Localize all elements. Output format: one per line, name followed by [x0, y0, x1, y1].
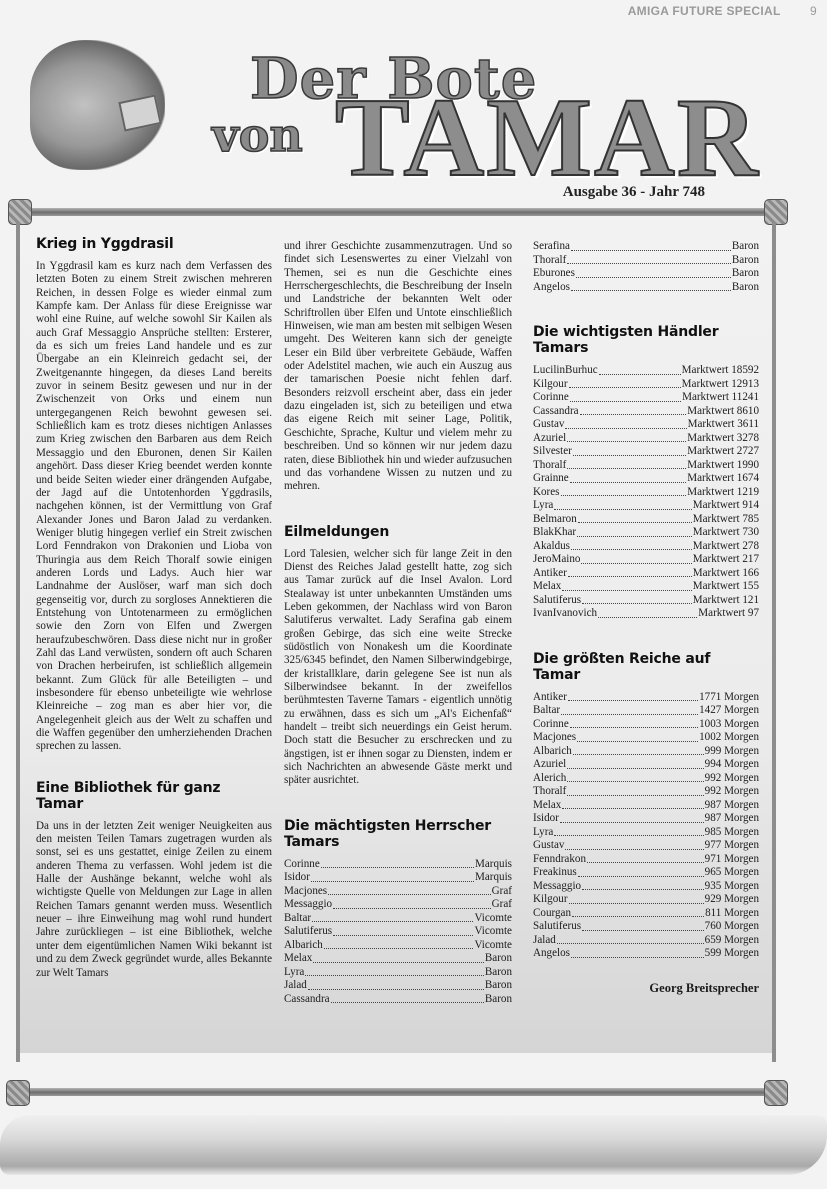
row-name: Kores [533, 486, 560, 500]
dot-leader [573, 455, 686, 456]
row-value: 965 Morgen [705, 866, 759, 880]
row-name: Melax [284, 952, 312, 966]
article-bibliothek-continued: und ihrer Geschichte zusammenzutragen. U… [284, 240, 512, 494]
row-value: 977 Morgen [705, 839, 759, 853]
list-row: IvanIvanovichMarktwert 97 [533, 607, 759, 621]
row-name: Kilgour [533, 893, 568, 907]
row-name: Alerich [533, 772, 566, 786]
dot-leader [324, 948, 474, 949]
list-herrscher: Die mächtigsten Herrscher Tamars Corinne… [284, 818, 512, 1007]
list-row: Gustav977 Morgen [533, 839, 759, 853]
row-name: Albarich [284, 939, 323, 953]
row-value: Marktwert 3278 [687, 432, 759, 446]
list-row: SalutiferusVicomte [284, 925, 512, 939]
row-name: Antiker [533, 691, 567, 705]
row-value: Vicomte [474, 939, 512, 953]
top-left-knob-icon [8, 199, 32, 225]
left-frame-post [16, 222, 20, 1062]
row-name: Azuriel [533, 432, 566, 446]
row-name: LucilinBurhuc [533, 364, 598, 378]
row-value: 992 Morgen [705, 772, 759, 786]
dot-leader [321, 867, 474, 868]
row-value: Marktwert 1990 [687, 459, 759, 473]
column-3: SerafinaBaronThoralfBaronEburonesBaronAn… [533, 240, 759, 996]
row-name: Gustav [533, 418, 564, 432]
row-value: Marktwert 217 [693, 553, 759, 567]
list-heading: Die mächtigsten Herrscher Tamars [284, 818, 512, 850]
row-value: Marktwert 278 [693, 540, 759, 554]
dot-leader [599, 374, 681, 375]
row-value: Marktwert 121 [693, 594, 759, 608]
row-name: Messaggio [533, 880, 581, 894]
row-name: Isidor [284, 871, 310, 885]
list-row: AkaldusMarktwert 278 [533, 540, 759, 554]
list-row: Fenndrakon971 Morgen [533, 853, 759, 867]
list-row: ThoralfMarktwert 1990 [533, 459, 759, 473]
row-value: 1003 Morgen [699, 718, 759, 732]
row-name: BlakKhar [533, 526, 576, 540]
list-row: CassandraMarktwert 8610 [533, 405, 759, 419]
dot-leader [554, 509, 691, 510]
ranking-list: CorinneMarquisIsidorMarquisMacjonesGrafM… [284, 858, 512, 1007]
row-name: JeroMaino [533, 553, 580, 567]
list-row: MelaxBaron [284, 952, 512, 966]
list-row: Salutiferus760 Morgen [533, 920, 759, 934]
row-value: Marktwert 166 [693, 567, 759, 581]
row-value: Marktwert 785 [693, 513, 759, 527]
column-1: Krieg in Yggdrasil In Yggdrasil kam es k… [36, 232, 272, 1000]
dot-leader [561, 495, 687, 496]
row-name: Corinne [533, 391, 569, 405]
list-heading: Die wichtigsten Händler Tamars [533, 324, 759, 356]
list-row: Thoralf992 Morgen [533, 785, 759, 799]
row-name: Thoralf [533, 785, 566, 799]
row-name: Grainne [533, 472, 569, 486]
dot-leader [557, 943, 704, 944]
list-row: Azuriel994 Morgen [533, 758, 759, 772]
row-name: Belmaron [533, 513, 577, 527]
row-value: 599 Morgen [705, 947, 759, 961]
bottom-left-knob-icon [6, 1080, 30, 1106]
row-value: Marktwert 11241 [682, 391, 759, 405]
row-value: Baron [485, 979, 512, 993]
article-body: Da uns in der letzten Zeit weniger Neuig… [36, 820, 272, 980]
row-name: Freakinus [533, 866, 577, 880]
list-row: Melax987 Morgen [533, 799, 759, 813]
dot-leader [308, 989, 484, 990]
dot-leader [569, 903, 704, 904]
row-value: Marktwert 97 [698, 607, 759, 621]
kings-illustration-icon [30, 40, 165, 170]
row-name: Salutiferus [533, 594, 581, 608]
dot-leader [567, 441, 686, 442]
list-herrscher-continued: SerafinaBaronThoralfBaronEburonesBaronAn… [533, 240, 759, 294]
row-value: Marktwert 18592 [682, 364, 759, 378]
row-name: Angelos [533, 281, 570, 295]
row-name: Macjones [284, 885, 327, 899]
row-value: 1427 Morgen [699, 704, 759, 718]
top-right-knob-icon [764, 199, 788, 225]
list-row: GrainneMarktwert 1674 [533, 472, 759, 486]
row-value: Marktwert 1219 [687, 486, 759, 500]
list-row: AzurielMarktwert 3278 [533, 432, 759, 446]
list-row: SerafinaBaron [533, 240, 759, 254]
dot-leader [568, 576, 692, 577]
dot-leader [565, 428, 686, 429]
row-name: Serafina [533, 240, 570, 254]
row-value: Marktwert 2727 [687, 445, 759, 459]
list-row: Kilgour929 Morgen [533, 893, 759, 907]
list-row: MessaggioGraf [284, 898, 512, 912]
row-name: Cassandra [284, 993, 330, 1007]
dot-leader [568, 700, 698, 701]
ranking-list: Antiker1771 MorgenBaltar1427 MorgenCorin… [533, 691, 759, 961]
dot-leader [571, 549, 692, 550]
list-row: SilvesterMarktwert 2727 [533, 445, 759, 459]
ranking-list: LucilinBurhucMarktwert 18592KilgourMarkt… [533, 364, 759, 621]
row-name: Isidor [533, 812, 559, 826]
row-value: Baron [485, 966, 512, 980]
dot-leader [562, 590, 691, 591]
dot-leader [554, 835, 703, 836]
list-row: JeroMainoMarktwert 217 [533, 553, 759, 567]
ranking-list: SerafinaBaronThoralfBaronEburonesBaronAn… [533, 240, 759, 294]
row-name: Jalad [533, 934, 556, 948]
row-name: Macjones [533, 731, 576, 745]
list-row: LyraBaron [284, 966, 512, 980]
dot-leader [578, 522, 692, 523]
row-name: IvanIvanovich [533, 607, 597, 621]
row-name: Melax [533, 799, 561, 813]
list-row: MelaxMarktwert 155 [533, 580, 759, 594]
list-row: KilgourMarktwert 12913 [533, 378, 759, 392]
row-name: Baltar [533, 704, 560, 718]
row-name: Corinne [533, 718, 569, 732]
dot-leader [576, 277, 731, 278]
dot-leader [567, 781, 703, 782]
dot-leader [567, 263, 731, 264]
row-value: 935 Morgen [705, 880, 759, 894]
list-row: Corinne1003 Morgen [533, 718, 759, 732]
list-row: Messaggio935 Morgen [533, 880, 759, 894]
list-row: JaladBaron [284, 979, 512, 993]
list-row: AntikerMarktwert 166 [533, 567, 759, 581]
bottom-right-knob-icon [764, 1080, 788, 1106]
right-frame-post [772, 222, 776, 1062]
dot-leader [333, 935, 473, 936]
article-krieg: Krieg in Yggdrasil In Yggdrasil kam es k… [36, 236, 272, 754]
list-row: KoresMarktwert 1219 [533, 486, 759, 500]
row-name: Messaggio [284, 898, 332, 912]
list-row: Alerich992 Morgen [533, 772, 759, 786]
row-value: Baron [732, 267, 759, 281]
book-icon [118, 94, 161, 131]
row-value: 811 Morgen [705, 907, 759, 921]
row-value: Marktwert 12913 [682, 378, 759, 392]
list-row: Isidor987 Morgen [533, 812, 759, 826]
dot-leader [582, 930, 704, 931]
row-name: Fenndrakon [533, 853, 586, 867]
row-value: Marktwert 155 [693, 580, 759, 594]
list-row: Courgan811 Morgen [533, 907, 759, 921]
row-name: Salutiferus [533, 920, 581, 934]
list-row: GustavMarktwert 3611 [533, 418, 759, 432]
masthead: Der Bote von TAMAR [0, 20, 827, 200]
row-value: 987 Morgen [705, 812, 759, 826]
row-value: Marktwert 730 [693, 526, 759, 540]
row-value: Marktwert 3611 [688, 418, 759, 432]
dot-leader [569, 387, 681, 388]
list-row: Angelos599 Morgen [533, 947, 759, 961]
row-name: Melax [533, 580, 561, 594]
dot-leader [560, 822, 704, 823]
dot-leader [311, 881, 474, 882]
dot-leader [570, 482, 686, 483]
dot-leader [573, 754, 704, 755]
list-row: LyraMarktwert 914 [533, 499, 759, 513]
dot-leader [587, 862, 704, 863]
page-header: AMIGA FUTURE SPECIAL 9 [628, 4, 817, 18]
row-value: Marktwert 1674 [687, 472, 759, 486]
row-name: Kilgour [533, 378, 568, 392]
article-heading: Krieg in Yggdrasil [36, 236, 272, 252]
row-value: 987 Morgen [705, 799, 759, 813]
dot-leader [581, 563, 691, 564]
list-reiche: Die größten Reiche auf Tamar Antiker1771… [533, 651, 759, 961]
row-value: 971 Morgen [705, 853, 759, 867]
list-row: CorinneMarktwert 11241 [533, 391, 759, 405]
article-body: und ihrer Geschichte zusammenzutragen. U… [284, 240, 512, 494]
list-row: CassandraBaron [284, 993, 512, 1007]
list-row: Freakinus965 Morgen [533, 866, 759, 880]
list-row: CorinneMarquis [284, 858, 512, 872]
dot-leader [567, 768, 703, 769]
row-value: Vicomte [474, 912, 512, 926]
list-haendler: Die wichtigsten Händler Tamars LucilinBu… [533, 324, 759, 621]
dot-leader [313, 962, 484, 963]
row-value: Graf [492, 898, 512, 912]
row-value: Marquis [475, 871, 512, 885]
list-row: LucilinBurhucMarktwert 18592 [533, 364, 759, 378]
row-value: 929 Morgen [705, 893, 759, 907]
list-row: SalutiferusMarktwert 121 [533, 594, 759, 608]
dot-leader [582, 889, 704, 890]
list-row: Antiker1771 Morgen [533, 691, 759, 705]
row-value: Baron [485, 952, 512, 966]
row-value: Baron [732, 254, 759, 268]
dot-leader [305, 975, 484, 976]
dot-leader [598, 617, 697, 618]
list-row: BlakKharMarktwert 730 [533, 526, 759, 540]
row-value: Baron [485, 993, 512, 1007]
top-scroll-rod [16, 208, 776, 216]
dot-leader [312, 921, 473, 922]
row-value: 659 Morgen [705, 934, 759, 948]
list-row: ThoralfBaron [533, 254, 759, 268]
row-name: Lyra [533, 826, 553, 840]
dot-leader [571, 250, 731, 251]
list-row: BelmaronMarktwert 785 [533, 513, 759, 527]
bottom-scroll-rod [16, 1088, 776, 1096]
scroll-roll [0, 1115, 827, 1175]
row-name: Angelos [533, 947, 570, 961]
magazine-name: AMIGA FUTURE SPECIAL [628, 4, 781, 18]
row-name: Antiker [533, 567, 567, 581]
dot-leader [331, 1002, 484, 1003]
dot-leader [571, 957, 704, 958]
article-body: In Yggdrasil kam es kurz nach dem Verfas… [36, 260, 272, 754]
row-value: Vicomte [474, 925, 512, 939]
row-name: Albarich [533, 745, 572, 759]
list-row: IsidorMarquis [284, 871, 512, 885]
article-heading: Eine Bibliothek für ganz Tamar [36, 780, 272, 812]
row-value: Graf [492, 885, 512, 899]
row-name: Eburones [533, 267, 575, 281]
dot-leader [328, 894, 491, 895]
dot-leader [562, 808, 703, 809]
article-eilmeldungen: Eilmeldungen Lord Talesien, welcher sich… [284, 524, 512, 788]
list-row: AlbarichVicomte [284, 939, 512, 953]
dot-leader [333, 908, 491, 909]
row-name: Cassandra [533, 405, 579, 419]
row-value: 760 Morgen [705, 920, 759, 934]
row-name: Salutiferus [284, 925, 332, 939]
dot-leader [570, 401, 681, 402]
row-name: Azuriel [533, 758, 566, 772]
dot-leader [578, 876, 704, 877]
row-value: Baron [732, 281, 759, 295]
row-name: Corinne [284, 858, 320, 872]
page-number: 9 [810, 4, 817, 18]
row-name: Silvester [533, 445, 572, 459]
dot-leader [572, 916, 704, 917]
masthead-title-von: von [212, 108, 303, 162]
dot-leader [567, 795, 703, 796]
list-heading: Die größten Reiche auf Tamar [533, 651, 759, 683]
dot-leader [565, 849, 703, 850]
article-bibliothek: Eine Bibliothek für ganz Tamar Da uns in… [36, 780, 272, 980]
issue-line: Ausgabe 36 - Jahr 748 [563, 184, 705, 201]
row-name: Gustav [533, 839, 564, 853]
row-name: Baltar [284, 912, 311, 926]
list-row: EburonesBaron [533, 267, 759, 281]
row-value: 992 Morgen [705, 785, 759, 799]
dot-leader [567, 468, 686, 469]
row-value: 994 Morgen [705, 758, 759, 772]
list-row: Macjones1002 Morgen [533, 731, 759, 745]
row-value: Baron [732, 240, 759, 254]
list-row: Baltar1427 Morgen [533, 704, 759, 718]
masthead-title-tamar: TAMAR [335, 82, 760, 194]
dot-leader [577, 741, 698, 742]
row-value: Marktwert 8610 [687, 405, 759, 419]
article-heading: Eilmeldungen [284, 524, 512, 540]
author-signature: Georg Breitsprecher [533, 981, 759, 996]
row-value: 1002 Morgen [699, 731, 759, 745]
row-name: Akaldus [533, 540, 570, 554]
row-name: Courgan [533, 907, 571, 921]
dot-leader [577, 536, 692, 537]
row-value: 985 Morgen [705, 826, 759, 840]
row-name: Jalad [284, 979, 307, 993]
row-value: 1771 Morgen [699, 691, 759, 705]
row-name: Thoralf [533, 254, 566, 268]
dot-leader [570, 727, 698, 728]
row-name: Lyra [284, 966, 304, 980]
dot-leader [571, 290, 731, 291]
list-row: AngelosBaron [533, 281, 759, 295]
column-2: und ihrer Geschichte zusammenzutragen. U… [284, 240, 512, 1026]
article-body: Lord Talesien, welcher sich für lange Ze… [284, 548, 512, 788]
dot-leader [561, 714, 698, 715]
list-row: Lyra985 Morgen [533, 826, 759, 840]
dot-leader [582, 603, 692, 604]
row-value: Marktwert 914 [693, 499, 759, 513]
list-row: Jalad659 Morgen [533, 934, 759, 948]
row-value: 999 Morgen [705, 745, 759, 759]
row-name: Thoralf [533, 459, 566, 473]
list-row: Albarich999 Morgen [533, 745, 759, 759]
list-row: BaltarVicomte [284, 912, 512, 926]
list-row: MacjonesGraf [284, 885, 512, 899]
row-value: Marquis [475, 858, 512, 872]
row-name: Lyra [533, 499, 553, 513]
dot-leader [580, 414, 687, 415]
